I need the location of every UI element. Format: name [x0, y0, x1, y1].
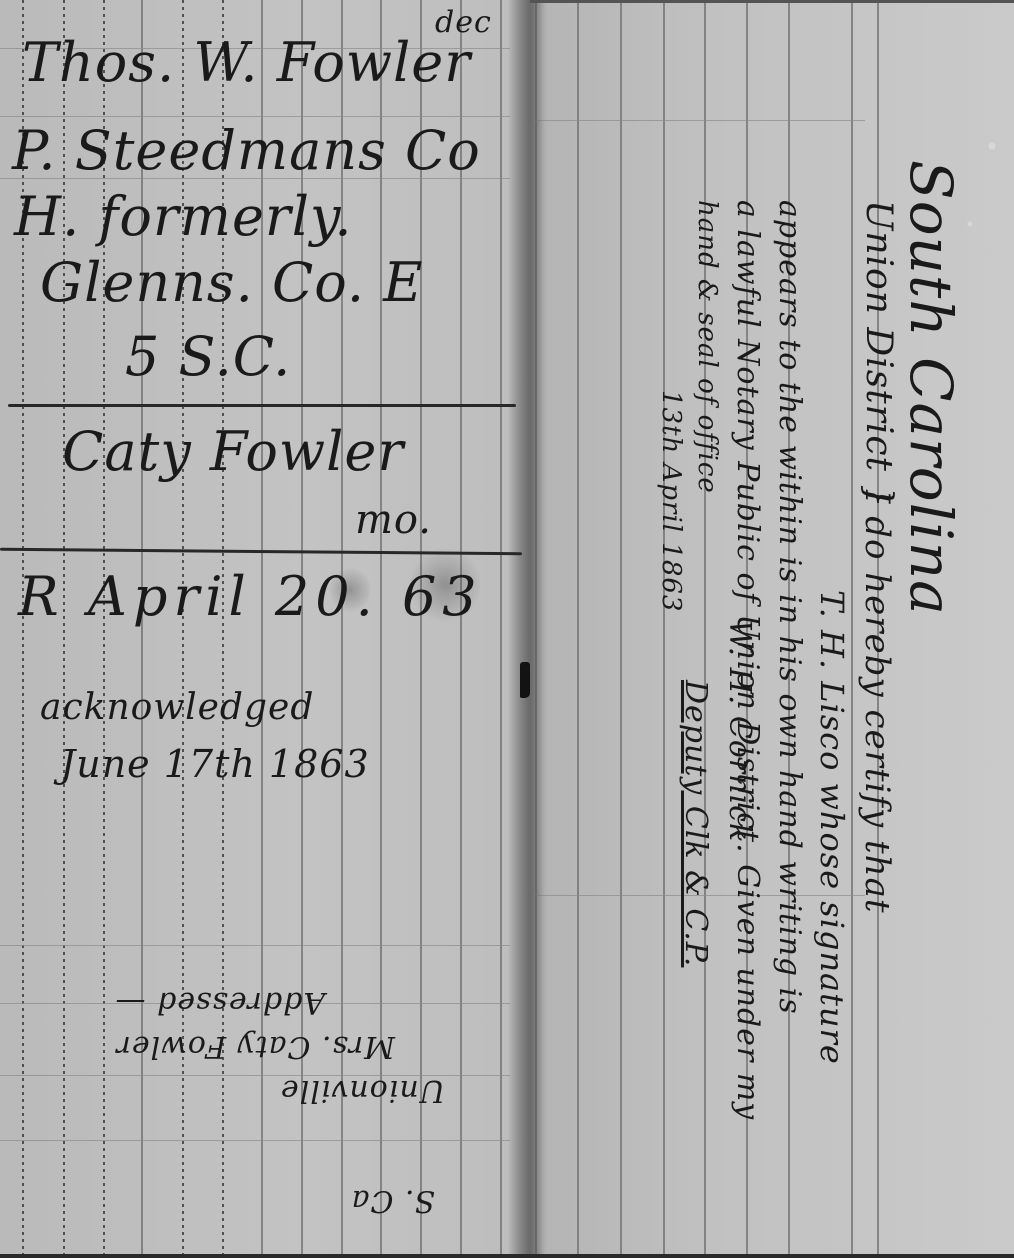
document-scan: Thos. W. Fowler dec P. Steedmans Co H. f… — [0, 0, 1014, 1258]
grid-line — [577, 0, 579, 1258]
grid-line — [535, 120, 865, 121]
page-edge — [530, 0, 1014, 3]
grid-line — [0, 116, 510, 117]
acknowledged-date: June 17th 1863 — [60, 745, 370, 783]
ink-rule — [8, 404, 516, 407]
address-line: Mrs. Caty Fowler — [25, 1031, 395, 1061]
page-edge — [0, 1254, 1014, 1258]
certificate-line: T. H. Lisco whose signature — [804, 590, 848, 1220]
address-line: S. Ca — [25, 1185, 435, 1215]
deceased-mark: dec — [435, 8, 492, 38]
certificate-heading: South Carolina — [898, 160, 960, 1220]
soldier-former-company: Glenns. Co. E — [40, 256, 424, 310]
soldier-former: H. formerly. — [14, 190, 352, 244]
soldier-regiment: 5 S.C. — [125, 330, 291, 384]
soldier-company: P. Steedmans Co — [12, 124, 481, 178]
certificate-block: South Carolina Union District } I do her… — [666, 160, 960, 1220]
grid-line — [500, 0, 502, 1258]
certificate-line: I do hereby certify that — [848, 490, 894, 1220]
received-date: R April 20. 63 — [18, 570, 483, 624]
grid-line — [620, 0, 622, 1258]
address-block: S. Ca Unionville Unionville Mrs. Caty Fo… — [25, 955, 475, 1225]
grid-line — [0, 945, 510, 946]
clerk-title: Deputy Clk & C.P. — [666, 680, 710, 1220]
claimant-relation: mo. — [355, 500, 432, 540]
ink-blot — [520, 662, 530, 698]
certificate-line: appears to the within is in his own hand… — [762, 200, 804, 1220]
page-fold — [508, 0, 544, 1258]
soldier-name: Thos. W. Fowler — [22, 36, 471, 90]
address-line: Addressed — — [25, 987, 325, 1017]
address-line: Unionville — [25, 1075, 445, 1105]
acknowledged-label: acknowledged — [40, 690, 314, 726]
claimant-name: Caty Fowler — [62, 425, 404, 479]
